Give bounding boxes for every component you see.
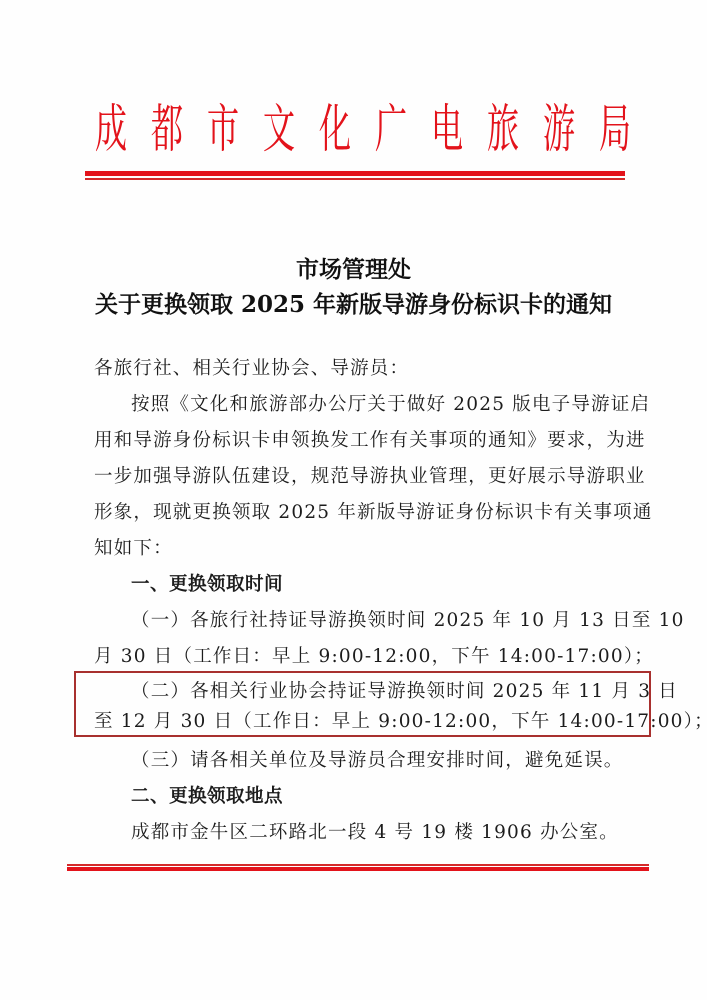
time-item-2-line1: （二）各相关行业协会持证导游换领时间 2025 年 11 月 3 日 <box>131 680 671 704</box>
location-address: 成都市金牛区二环路北一段 4 号 19 楼 1906 办公室。 <box>131 821 671 845</box>
masthead-char: 文 <box>263 98 285 162</box>
section-heading-location: 二、更换领取地点 <box>131 785 671 809</box>
masthead-char: 电 <box>431 98 453 162</box>
intro-line: 一步加强导游队伍建设，规范导游执业管理，更好展示导游职业 <box>94 465 634 489</box>
masthead-char: 局 <box>599 98 621 162</box>
section-heading-time: 一、更换领取时间 <box>131 573 671 597</box>
intro-line: 形象，现就更换领取 2025 年新版导游证身份标识卡有关事项通 <box>94 501 634 525</box>
masthead-char: 化 <box>319 98 341 162</box>
intro-line: 按照《文化和旅游部办公厅关于做好 2025 版电子导游证启 <box>131 393 671 417</box>
masthead-rule-thick <box>85 171 625 176</box>
intro-line: 用和导游身份标识卡申领换发工作有关事项的通知》要求，为进 <box>94 429 634 453</box>
time-item-3: （三）请各相关单位及导游员合理安排时间，避免延误。 <box>131 749 671 773</box>
intro-line: 知如下： <box>94 537 634 561</box>
masthead-char: 成 <box>95 98 117 162</box>
document-title-department: 市场管理处 <box>0 251 707 284</box>
footer-rule-thick <box>67 867 649 871</box>
time-item-1-line2: 月 30 日（工作日：早上 9:00-12:00，下午 14:00-17:00）… <box>94 645 634 669</box>
time-item-1-line1: （一）各旅行社持证导游换领时间 2025 年 10 月 13 日至 10 <box>131 609 671 633</box>
time-item-2-line2: 至 12 月 30 日（工作日：早上 9:00-12:00，下午 14:00-1… <box>94 710 634 734</box>
masthead-char: 都 <box>151 98 173 162</box>
masthead: 成 都 市 文 化 广 电 旅 游 局 <box>88 98 628 162</box>
salutation: 各旅行社、相关行业协会、导游员： <box>94 357 634 381</box>
masthead-char: 游 <box>543 98 565 162</box>
masthead-char: 广 <box>375 98 397 162</box>
footer-rule-thin <box>67 864 649 866</box>
masthead-char: 旅 <box>487 98 509 162</box>
document-title: 关于更换领取 2025 年新版导游身份标识卡的通知 <box>0 286 707 319</box>
masthead-rule-thin <box>85 178 625 180</box>
masthead-char: 市 <box>207 98 229 162</box>
